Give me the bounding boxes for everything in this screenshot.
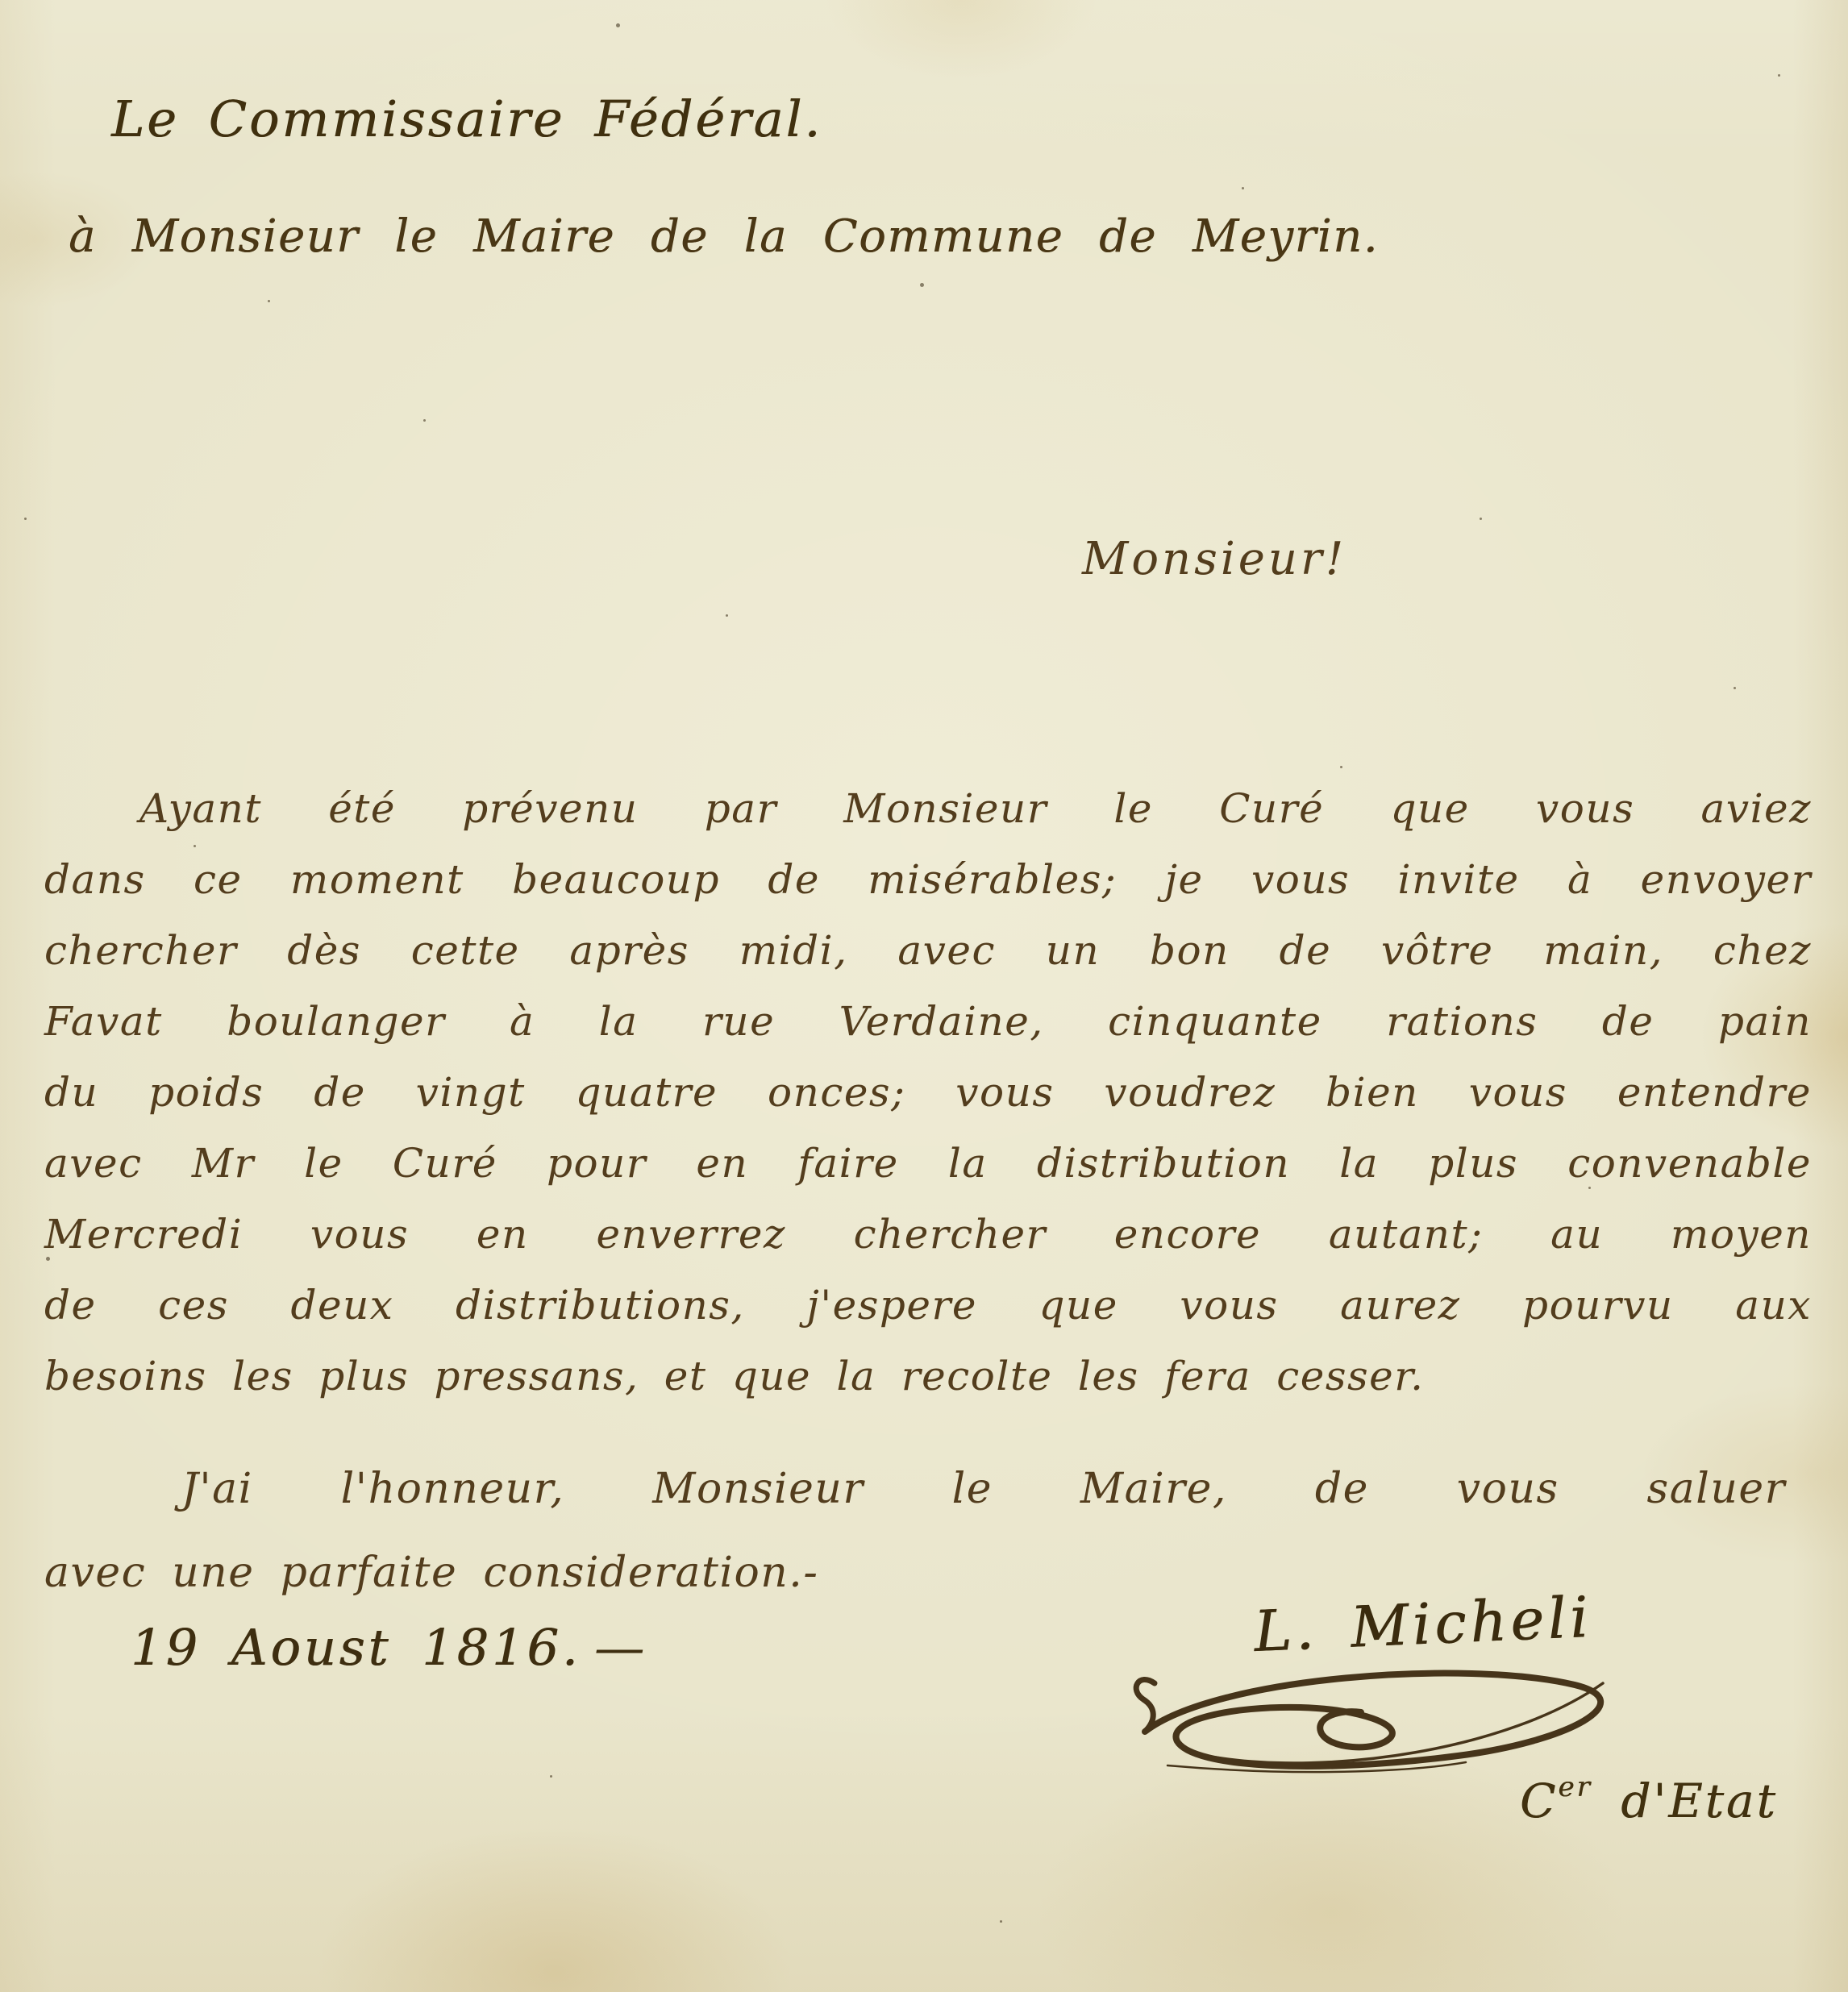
date-line: 19 Aoust 1816. —: [131, 1619, 647, 1676]
letter-addressee-line: à Monsieur le Maire de la Commune de Mey…: [69, 211, 1379, 263]
signature-title: Cer d'Etat: [1520, 1772, 1778, 1828]
body-line: Favat boulanger à la rue Verdaine, cinqu…: [44, 999, 1812, 1046]
signature: L. Micheli: [1252, 1585, 1593, 1665]
body-line: de ces deux distributions, j'espere que …: [44, 1283, 1812, 1329]
signature-title-suffix: d'Etat: [1592, 1774, 1778, 1828]
letter-sender-line: Le Commissaire Fédéral.: [111, 90, 822, 148]
body-line: besoins les plus pressans, et que la rec…: [44, 1354, 1812, 1400]
signature-title-prefix: C: [1520, 1774, 1558, 1828]
body-line: Mercredi vous en enverrez chercher encor…: [44, 1212, 1812, 1258]
closing-line: avec une parfaite consideration.-: [44, 1549, 818, 1598]
salutation: Monsieur!: [1082, 534, 1346, 585]
body-line: Ayant été prévenu par Monsieur le Curé q…: [44, 786, 1812, 833]
signature-title-superscript: er: [1558, 1771, 1592, 1803]
letter-page: Le Commissaire Fédéral. à Monsieur le Ma…: [0, 0, 1848, 1992]
closing-line: J'ai l'honneur, Monsieur le Maire, de vo…: [44, 1466, 1786, 1514]
paper-specks: [0, 0, 2, 2]
body-line: dans ce moment beaucoup de misérables; j…: [44, 857, 1812, 904]
body-line: du poids de vingt quatre onces; vous vou…: [44, 1070, 1812, 1117]
body-line: avec Mr le Curé pour en faire la distrib…: [44, 1141, 1812, 1187]
body-line: chercher dès cette après midi, avec un b…: [44, 928, 1812, 975]
